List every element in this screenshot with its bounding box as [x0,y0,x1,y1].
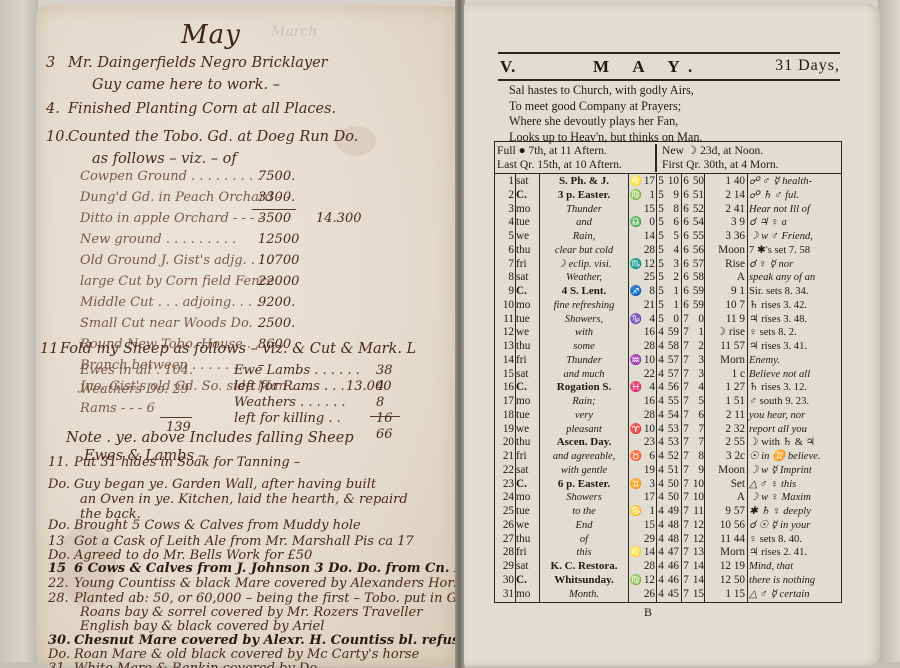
weekday: mo [516,395,538,409]
moon-rise-set: Moon [705,464,745,478]
sunset-hour: 7 [682,340,690,354]
sunrise-minute: 2 [665,271,679,285]
entry-text: Put 31 hides in Soak for Tanning – [74,456,300,469]
calendar-row: 28frithis♌14447713Morn♃ rises 2. 41. [495,546,841,560]
sheep-value: 16 [376,412,393,425]
weekday: sat [516,271,538,285]
sunset-hour: 7 [682,491,690,505]
day-number: 23 [496,478,514,492]
sunrise-hour: 4 [657,354,665,368]
sunset-hour: 7 [682,368,690,382]
calendar-row: 29satK. C. Restora.2844671412 19Mind, th… [495,560,841,574]
entry-date: 3 [46,56,55,71]
day-number: 20 [496,436,514,450]
day-number: 22 [496,464,514,478]
month-numeral: V. [500,57,516,77]
sunset-hour: 6 [682,285,690,299]
day-event: 4 S. Lent. [540,285,628,299]
aspects-weather: ♀ sets 8. 2. [749,326,841,340]
day-event: to the [540,505,628,519]
sunset-minute: 54 [690,216,704,230]
entry-date: Do. [48,648,70,661]
aspects-weather: ☽ with ♄ & ♃ [749,436,841,450]
moon-degree: 1 [641,189,655,203]
sunrise-minute: 6 [665,216,679,230]
entry-text: Planted ab: 50, or 60,000 – being the fi… [74,592,461,605]
moon-degree: 28 [641,244,655,258]
sunset-hour: 7 [682,519,690,533]
aspects-weather: ☌ ♃ ♀ a [749,216,841,230]
day-number: 17 [496,395,514,409]
aspects-weather: ✱ ♄ ♀ deeply [749,505,841,519]
moon-degree: 1 [641,505,655,519]
day-number: 27 [496,533,514,547]
sunset-hour: 6 [682,299,690,313]
aspects-weather: ♂ south 9. 23. [749,395,841,409]
sunrise-minute: 57 [665,354,679,368]
sheep-value: 38 [376,364,393,377]
sunset-hour: 7 [682,326,690,340]
sunrise-minute: 5 [665,230,679,244]
sunset-minute: 51 [690,189,704,203]
manuscript-title: May [181,20,241,50]
sunset-minute: 14 [690,574,704,588]
sheep-label: left for Rams . . . [234,380,345,393]
moon-rise-set: 1 40 [705,175,745,189]
day-event: Month. [540,588,628,602]
sunset-hour: 6 [682,230,690,244]
moon-rise-set: 2 11 [705,409,745,423]
sheep-label: Ewes in all . 104. [80,364,193,377]
day-number: 3 [496,203,514,217]
sunset-minute: 0 [690,313,704,327]
entry-text: Counted the Tobo. Gd. at Doeg Run Do. [68,130,358,145]
sunset-hour: 7 [682,478,690,492]
sunset-hour: 6 [682,216,690,230]
day-number: 9 [496,285,514,299]
calendar-row: 4tueand♎0566543 9☌ ♃ ♀ a [495,216,841,230]
first-quarter: First Qr. 30th, at 4 Morn. [662,158,779,172]
entry-date: 22. [48,577,69,590]
sunset-minute: 6 [690,409,704,423]
sheep-value: 8 [376,396,384,409]
ground-label: large Cut by Corn field Fence [80,275,275,288]
aspects-weather: Enemy. [749,354,841,368]
weekday: thu [516,244,538,258]
aspects-weather: ☌ ♀ ☿ nor [749,258,841,272]
ground-label: Ditto in apple Orchard - - - - [80,212,263,225]
moon-degree: 25 [641,271,655,285]
sunrise-minute: 1 [665,299,679,313]
ground-value: 7500. [258,170,295,183]
weekday: thu [516,436,538,450]
weekday: we [516,519,538,533]
weekday: we [516,423,538,437]
sunset-minute: 56 [690,244,704,258]
sunrise-minute: 50 [665,491,679,505]
entry-text: Chesnut Mare covered by Alexr. H. Counti… [74,634,464,647]
day-event: and much [540,368,628,382]
day-number: 12 [496,326,514,340]
sunrise-hour: 4 [657,381,665,395]
sunrise-minute: 50 [665,478,679,492]
day-number: 6 [496,244,514,258]
sunset-minute: 50 [690,175,704,189]
aspects-weather: there is nothing [749,574,841,588]
sunrise-hour: 4 [657,326,665,340]
sunrise-hour: 4 [657,436,665,450]
weekday: C. [516,574,538,588]
moon-rise-set: 12 19 [705,560,745,574]
moon-rise-set: 2 14 [705,189,745,203]
sunrise-hour: 4 [657,423,665,437]
weekday: tue [516,313,538,327]
day-number: 24 [496,491,514,505]
ground-label: Cowpen Ground . . . . . . . . . [80,170,261,183]
calendar-table: 1satS. Ph. & J.♌175106501 40☍ ♂ ☿ health… [494,173,842,603]
sunrise-minute: 55 [665,395,679,409]
day-number: 26 [496,519,514,533]
moon-rise-set: Morn [705,546,745,560]
sunset-minute: 59 [690,285,704,299]
sunset-minute: 8 [690,450,704,464]
calendar-row: 10mofine refreshing215165910 7♄ rises 3.… [495,299,841,313]
moon-rise-set: Set [705,478,745,492]
moon-degree: 28 [641,560,655,574]
moon-degree: 15 [641,203,655,217]
day-number: 2 [496,189,514,203]
day-number: 13 [496,340,514,354]
sheep-value: 4 [376,380,384,393]
sunrise-minute: 9 [665,189,679,203]
sunset-hour: 7 [682,381,690,395]
moon-rise-set: 10 56 [705,519,745,533]
sunset-hour: 6 [682,258,690,272]
moon-degree: 10 [641,354,655,368]
day-event: clear but cold [540,244,628,258]
entry-date: Do. [48,478,70,491]
sunset-hour: 7 [682,450,690,464]
sunset-hour: 6 [682,189,690,203]
aspects-weather: ☍ ♄ ♂ ful. [749,189,841,203]
sunset-hour: 7 [682,464,690,478]
sunset-hour: 7 [682,395,690,409]
day-number: 5 [496,230,514,244]
weekday: sat [516,560,538,574]
sunrise-hour: 5 [657,271,665,285]
sunrise-minute: 53 [665,423,679,437]
day-event: ☽ eclip. visi. [540,258,628,272]
entry-text: Roans bay & sorrel covered by Mr. Rozers… [80,606,422,619]
sheep-value: 66 [376,428,393,441]
sunrise-hour: 5 [657,244,665,258]
entry-date: 28. [48,592,69,605]
sunrise-hour: 4 [657,409,665,423]
day-event: with [540,326,628,340]
ground-value: 3300. [258,191,295,204]
entry-text: Fold my Sheep as follows – viz. & Cut & … [60,342,416,357]
sunset-hour: 7 [682,409,690,423]
aspects-weather: Believe not all [749,368,841,382]
day-number: 1 [496,175,514,189]
sunset-minute: 10 [690,491,704,505]
day-event: S. Ph. & J. [540,175,628,189]
aspects-weather: 7 ✱'s set 7. 58 [749,244,841,258]
day-number: 7 [496,258,514,272]
moon-rise-set: 10 7 [705,299,745,313]
sunrise-hour: 5 [657,299,665,313]
calendar-row: 13thusome284587211 57♃ rises 3. 41. [495,340,841,354]
sunrise-hour: 4 [657,519,665,533]
moon-degree: 19 [641,464,655,478]
entry-text: Young Countiss & black Mare covered by A… [74,577,468,590]
day-number: 19 [496,423,514,437]
ground-value: 22000 [258,275,299,288]
aspects-weather: you hear, nor [749,409,841,423]
sunset-minute: 10 [690,478,704,492]
moon-rise-set: 9 1 [705,285,745,299]
moon-degree: 12 [641,258,655,272]
moon-degree: 4 [641,381,655,395]
sunset-hour: 7 [682,560,690,574]
sunset-minute: 9 [690,464,704,478]
calendar-row: 19wepleasant♈10453772 32report all you [495,423,841,437]
moon-rise-set: 2 55 [705,436,745,450]
weekday: we [516,326,538,340]
sunrise-hour: 4 [657,478,665,492]
calendar-row: 7fri☽ eclip. visi.♏1253657Rise☌ ♀ ☿ nor [495,258,841,272]
weekday: C. [516,285,538,299]
weekday: mo [516,491,538,505]
day-event: K. C. Restora. [540,560,628,574]
day-event: Showers [540,491,628,505]
full-moon: Full ● 7th, at 11 Aftern. [497,144,622,158]
aspects-weather: ☉ in ♊ believe. [749,450,841,464]
weekday: C. [516,381,538,395]
sunrise-minute: 48 [665,519,679,533]
calendar-row: 18tuevery28454762 11you hear, nor [495,409,841,423]
entry-date: 11. [48,456,69,469]
mount-left-edge [0,0,38,668]
weekday: mo [516,299,538,313]
day-event: pleasant [540,423,628,437]
moon-degree: 26 [641,588,655,602]
verse-line: Where she devoutly plays her Fan, [509,114,702,130]
moon-degree: 14 [641,230,655,244]
moon-degree: 29 [641,533,655,547]
entry-date: 31. [48,662,69,668]
entry-text: Got a Cask of Leith Ale from Mr. Marshal… [74,535,414,548]
sunrise-hour: 4 [657,340,665,354]
moon-degree: 16 [641,326,655,340]
calendar-row: 22satwith gentle1945179Moon☽ w ☿ Imprint [495,464,841,478]
moon-degree: 0 [641,216,655,230]
sunrise-minute: 53 [665,436,679,450]
entry-text: Guy came here to work. – [92,78,280,93]
sunset-minute: 58 [690,271,704,285]
day-number: 28 [496,546,514,560]
sunrise-hour: 4 [657,368,665,382]
weekday: fri [516,354,538,368]
sunset-hour: 7 [682,423,690,437]
ground-label: Old Ground J. Gist's adjg. . . . [80,254,272,267]
calendar-row: 1satS. Ph. & J.♌175106501 40☍ ♂ ☿ health… [495,175,841,189]
ground-value: 10700 [258,254,299,267]
aspects-weather: ♃ rises 3. 41. [749,340,841,354]
day-event: and [540,216,628,230]
manuscript-page: March May 3Mr. Daingerfields Negro Brick… [36,6,456,666]
moon-rise-set: 12 50 [705,574,745,588]
calendar-row: 20thuAscen. Day.23453772 55☽ with ♄ & ♃ [495,436,841,450]
aspects-weather: speak any of an [749,271,841,285]
month-name: M A Y. [593,57,702,77]
calendar-row: 14friThunder♒1045773MornEnemy. [495,354,841,368]
moon-degree: 16 [641,395,655,409]
sunrise-hour: 5 [657,175,665,189]
entry-text: 6 Cows & Calves from J. Johnson 3 Do. Do… [74,562,468,575]
day-number: 18 [496,409,514,423]
calendar-row: 8satWeather,2552658Aspeak any of an [495,271,841,285]
day-event: Thunder [540,354,628,368]
sunrise-hour: 4 [657,574,665,588]
header-rule-top [498,52,840,54]
sunset-minute: 7 [690,436,704,450]
aspects-weather: ♄ rises 3. 12. [749,381,841,395]
moon-degree: 17 [641,491,655,505]
sunset-minute: 2 [690,340,704,354]
mount-right-edge [878,0,900,668]
aspects-weather: ♃ rises 2. 41. [749,546,841,560]
day-event: very [540,409,628,423]
day-number: 10 [496,299,514,313]
weekday: sat [516,368,538,382]
sunset-hour: 7 [682,546,690,560]
entry-date: 4. [46,102,60,117]
day-number: 21 [496,450,514,464]
moon-rise-set: 1 51 [705,395,745,409]
sunrise-hour: 4 [657,395,665,409]
sunset-hour: 7 [682,354,690,368]
calendar-row: 15satand much22457731 cBelieve not all [495,368,841,382]
sunrise-hour: 5 [657,203,665,217]
sunrise-hour: 5 [657,189,665,203]
weekday: C. [516,478,538,492]
moon-rise-set: Moon [705,244,745,258]
moon-rise-set: 1 c [705,368,745,382]
sunset-minute: 3 [690,368,704,382]
calendar-row: 2C.3 p. Easter.♍1596512 14☍ ♄ ♂ ful. [495,189,841,203]
moon-rise-set: 11 9 [705,313,745,327]
calendar-row: 24moShowers17450710A☽ w ♀ Maxim [495,491,841,505]
weekday: we [516,230,538,244]
moon-degree: 10 [641,423,655,437]
day-event: Weather, [540,271,628,285]
moon-degree: 17 [641,175,655,189]
calendar-row: 26weEnd1544871210 56☌ ☉ ☿ in your [495,519,841,533]
moon-degree: 21 [641,299,655,313]
day-event: this [540,546,628,560]
sunrise-minute: 10 [665,175,679,189]
day-event: 3 p. Easter. [540,189,628,203]
sunrise-minute: 3 [665,258,679,272]
sunset-hour: 7 [682,505,690,519]
printer-signature-mark: B [644,605,652,620]
day-number: 15 [496,368,514,382]
sunset-minute: 1 [690,326,704,340]
moon-rise-set: 11 57 [705,340,745,354]
day-number: 30 [496,574,514,588]
aspects-weather: Hear not Ill of [749,203,841,217]
verse-line: To meet good Company at Prayers; [509,99,702,115]
sunrise-hour: 4 [657,464,665,478]
days-count: 31 Days, [775,57,840,75]
entry-date: 10. [46,130,69,145]
day-number: 11 [496,313,514,327]
day-event: of [540,533,628,547]
day-event: Whitsunday. [540,574,628,588]
weekday: tue [516,505,538,519]
day-event: and agreeable, [540,450,628,464]
entry-text: English bay & black covered by Ariel [80,620,324,633]
moon-degree: 6 [641,450,655,464]
last-quarter: Last Qr. 15th, at 10 Aftern. [497,158,622,172]
sunrise-minute: 46 [665,574,679,588]
sunrise-minute: 57 [665,368,679,382]
day-event: End [540,519,628,533]
day-event: with gentle [540,464,628,478]
almanac-page: V. M A Y. 31 Days, Sal hastes to Church,… [464,4,880,666]
calendar-row: 11tueShowers,♑4507011 9♃ rises 3. 48. [495,313,841,327]
day-event: 6 p. Easter. [540,478,628,492]
entry-text: Brought 5 Cows & Calves from Muddy hole [74,519,361,532]
entry-text: Guy began ye. Garden Wall, after having … [74,478,376,491]
sunset-minute: 12 [690,519,704,533]
sunrise-hour: 5 [657,285,665,299]
sunset-minute: 3 [690,354,704,368]
header-rule-bottom [498,79,840,81]
calendar-row: 5weRain,14556553 36☽ w ♂ Friend, [495,230,841,244]
sheep-label: Rams - - - 6 [80,402,155,415]
weekday: sat [516,175,538,189]
entry-date: 11 [40,342,58,357]
moon-rise-set: 1 15 [705,588,745,602]
aspects-weather: ☽ w ☿ Imprint [749,464,841,478]
sunrise-minute: 8 [665,203,679,217]
moon-rise-set: A [705,491,745,505]
day-number: 14 [496,354,514,368]
sunrise-hour: 5 [657,313,665,327]
sunrise-hour: 5 [657,230,665,244]
calendar-row: 3moThunder15586522 41Hear not Ill of [495,203,841,217]
day-event: Ascen. Day. [540,436,628,450]
moon-degree: 22 [641,368,655,382]
entry-text: an Oven in ye. Kitchen, laid the hearth,… [80,493,408,506]
sunrise-hour: 4 [657,546,665,560]
sunset-minute: 52 [690,203,704,217]
aspects-weather: ☍ ♂ ☿ health- [749,175,841,189]
verse-line: Sal hastes to Church, with godly Airs, [509,83,702,99]
moon-rise-set: 11 44 [705,533,745,547]
moon-rise-set: 2 41 [705,203,745,217]
sunset-minute: 57 [690,258,704,272]
sunrise-hour: 5 [657,258,665,272]
entry-date: 15 [48,562,66,575]
sunset-hour: 7 [682,588,690,602]
sunrise-minute: 58 [665,340,679,354]
aspects-weather: ♄ rises 3. 42. [749,299,841,313]
calendar-row: 17moRain;16455751 51♂ south 9. 23. [495,395,841,409]
moon-degree: 28 [641,340,655,354]
